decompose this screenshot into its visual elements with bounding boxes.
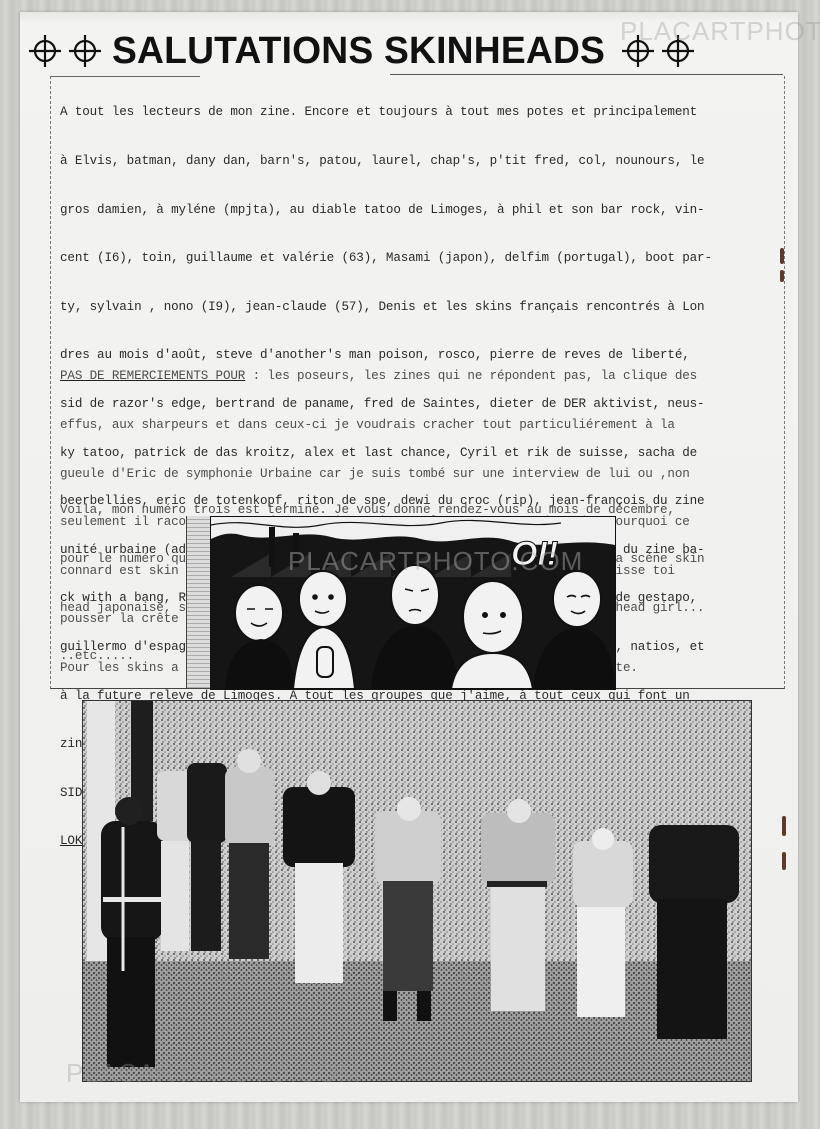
text-line-content: gros damien, à myléne (mpjta), au diable…	[60, 203, 704, 217]
crosshair-icon	[28, 34, 62, 68]
text-line-content: à Elvis, batman, dany dan, barn's, patou…	[60, 154, 704, 168]
crosshair-icon	[661, 34, 695, 68]
text-line: cent (I6), toin, guillaume et valérie (6…	[60, 250, 795, 266]
text-line-content: cent (I6), toin, guillaume et valérie (6…	[60, 251, 712, 265]
halftone-photo	[82, 700, 752, 1082]
staple	[780, 248, 784, 264]
comic-panel: OI!	[210, 516, 616, 690]
text-line-content: : les poseurs, les zines qui ne réponden…	[245, 369, 697, 383]
text-line-content: ..etc.....	[60, 649, 134, 663]
text-line-content: A tout les lecteurs de mon zine. Encore …	[60, 105, 697, 119]
text-line-content: effus, aux sharpeurs et dans ceux-ci je …	[60, 418, 675, 432]
speech-text: OI!	[511, 535, 558, 573]
text-line: effus, aux sharpeurs et dans ceux-ci je …	[60, 417, 795, 433]
comic-edge	[186, 516, 211, 688]
page-shadow	[20, 12, 798, 22]
no-thanks-label: PAS DE REMERCIEMENTS POUR	[60, 369, 245, 383]
text-line-content: ty, sylvain , nono (I9), jean-claude (57…	[60, 300, 704, 314]
title-row: SALUTATIONS SKINHEADS	[28, 26, 788, 76]
text-line: PAS DE REMERCIEMENTS POUR : les poseurs,…	[60, 368, 795, 384]
text-line: à Elvis, batman, dany dan, barn's, patou…	[60, 153, 795, 169]
comic-illustration: OI!	[211, 517, 615, 689]
staple	[780, 270, 784, 282]
text-line: A tout les lecteurs de mon zine. Encore …	[60, 104, 795, 120]
staple	[782, 852, 786, 870]
photo-image	[83, 701, 751, 1081]
staple	[782, 816, 786, 836]
crosshair-icon	[68, 34, 102, 68]
text-line: gros damien, à myléne (mpjta), au diable…	[60, 202, 795, 218]
crosshair-icon	[621, 34, 655, 68]
text-line: ty, sylvain , nono (I9), jean-claude (57…	[60, 299, 795, 315]
zine-page: SALUTATIONS SKINHEADS PLACARTPHOTO.COM A…	[20, 12, 798, 1102]
page-title: SALUTATIONS SKINHEADS	[112, 30, 605, 73]
